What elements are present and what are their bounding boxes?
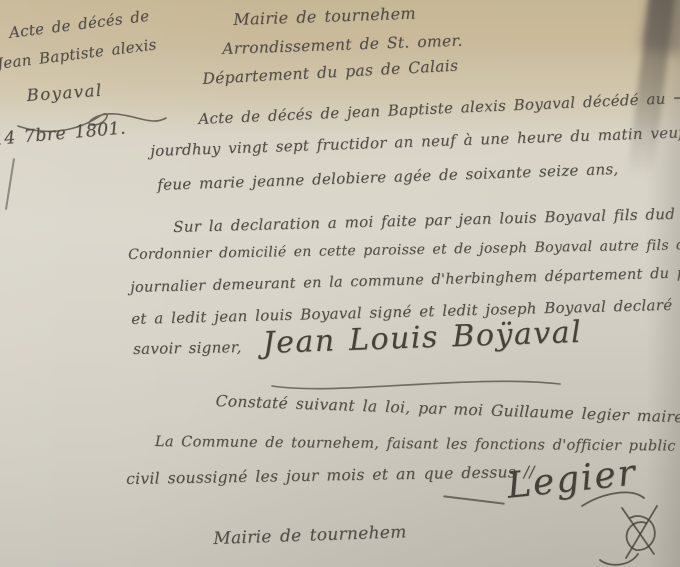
- act-line-4: Sur la declaration a moi faite par jean …: [173, 203, 680, 236]
- act-line-5: Cordonnier domicilié en cette paroisse e…: [128, 236, 680, 263]
- footer-mairie: Mairie de tournehem: [213, 522, 407, 549]
- act-line-3: feue marie jeanne delobiere agée de soix…: [157, 160, 619, 194]
- act-line-1: Acte de décés de jean Baptiste alexis Bo…: [198, 87, 680, 128]
- signature-underline-flourish: [268, 372, 568, 392]
- act-line-1-text: Acte de décés de jean Baptiste alexis Bo…: [198, 90, 666, 128]
- margin-title-line-2: Jean Baptiste alexis: [0, 35, 158, 72]
- photo-corner-shadow: [641, 0, 680, 55]
- act-line-6: journalier demeurant en la commune d'her…: [130, 263, 680, 296]
- legier-paraph: [578, 478, 678, 567]
- act-line-11: civil soussigné les jour mois et an que …: [126, 463, 535, 488]
- signature-lead-stroke: [443, 495, 505, 505]
- header-mairie: Mairie de tournehem: [233, 4, 416, 29]
- act-line-10: La Commune de tournehem, faisant les fon…: [155, 434, 680, 455]
- act-line-9: Constaté suivant la loi, par moi Guillau…: [215, 392, 680, 427]
- filler-dash: [674, 95, 680, 99]
- margin-pen-stroke: [5, 158, 15, 210]
- act-line-2: jourdhuy vingt sept fructidor an neuf à …: [150, 122, 680, 160]
- act-line-8: savoir signer,: [133, 338, 242, 358]
- header-departement: Département du pas de Calais: [202, 57, 459, 88]
- margin-title-line-1: Acte de décés de: [8, 7, 150, 42]
- header-arrondissement: Arrondissement de St. omer.: [222, 32, 463, 58]
- manuscript-photo: Mairie de tournehem Arrondissement de St…: [0, 0, 680, 567]
